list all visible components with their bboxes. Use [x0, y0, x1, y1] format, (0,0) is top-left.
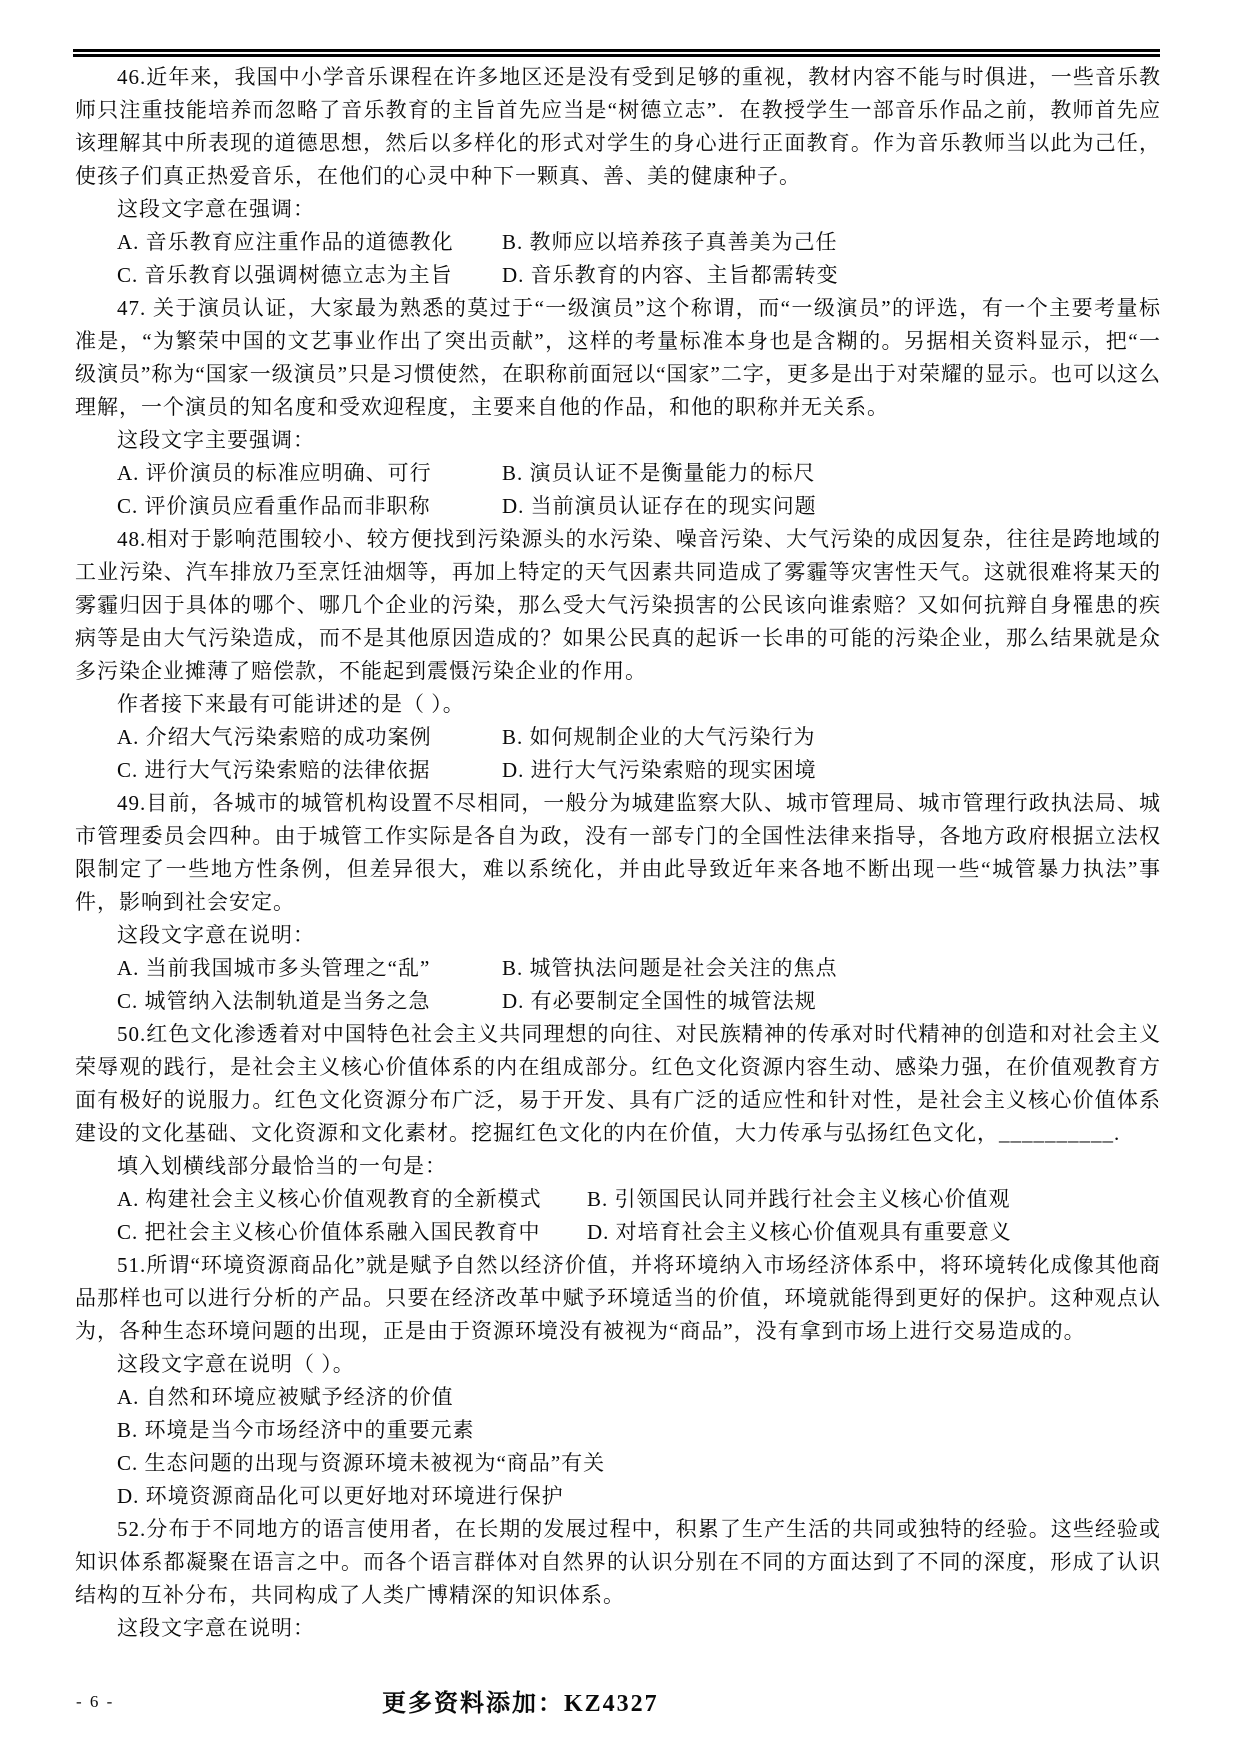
question-50-stem: 50.红色文化渗透着对中国特色社会主义共同理想的向往、对民族精神的传承对时代精神…	[75, 1018, 1161, 1150]
question-49-options-row-1: A. 当前我国城市多头管理之“乱” B. 城管执法问题是社会关注的焦点	[75, 952, 1161, 985]
question-51-options-row-2: B. 环境是当今市场经济中的重要元素	[75, 1414, 1161, 1447]
question-51-option-c: C. 生态问题的出现与资源环境未被视为“商品”有关	[117, 1447, 605, 1480]
question-51-stem: 51.所谓“环境资源商品化”就是赋予自然以经济价值，并将环境纳入市场经济体系中，…	[75, 1249, 1161, 1348]
question-50-option-a: A. 构建社会主义核心价值观教育的全新模式	[117, 1183, 587, 1216]
question-47-stem: 47. 关于演员认证，大家最为熟悉的莫过于“一级演员”这个称谓，而“一级演员”的…	[75, 292, 1161, 424]
question-48-prompt: 作者接下来最有可能讲述的是（ ）。	[75, 688, 1161, 721]
question-50: 50.红色文化渗透着对中国特色社会主义共同理想的向往、对民族精神的传承对时代精神…	[75, 1018, 1161, 1249]
question-51-option-a: A. 自然和环境应被赋予经济的价值	[117, 1381, 454, 1414]
page-body: 46.近年来，我国中小学音乐课程在许多地区还是没有受到足够的重视，教材内容不能与…	[75, 61, 1161, 1645]
question-50-option-d: D. 对培育社会主义核心价值观具有重要意义	[587, 1216, 1012, 1249]
question-49-stem: 49.目前，各城市的城管机构设置不尽相同，一般分为城建监察大队、城市管理局、城市…	[75, 787, 1161, 919]
question-48-option-b: B. 如何规制企业的大气污染行为	[502, 721, 816, 754]
footer-note: 更多资料添加：KZ4327	[382, 1683, 659, 1718]
question-46: 46.近年来，我国中小学音乐课程在许多地区还是没有受到足够的重视，教材内容不能与…	[75, 61, 1161, 292]
question-50-option-b: B. 引领国民认同并践行社会主义核心价值观	[587, 1183, 1011, 1216]
page-number: - 6 -	[76, 1692, 114, 1712]
question-48-stem: 48.相对于影响范围较小、较方便找到污染源头的水污染、噪音污染、大气污染的成因复…	[75, 523, 1161, 688]
question-49-option-a: A. 当前我国城市多头管理之“乱”	[117, 952, 502, 985]
question-46-option-c: C. 音乐教育以强调树德立志为主旨	[117, 259, 502, 292]
question-46-prompt: 这段文字意在强调：	[75, 193, 1161, 226]
question-46-option-a: A. 音乐教育应注重作品的道德教化	[117, 226, 502, 259]
question-51-options-row-1: A. 自然和环境应被赋予经济的价值	[75, 1381, 1161, 1414]
question-52-prompt: 这段文字意在说明：	[75, 1612, 1161, 1645]
question-52: 52.分布于不同地方的语言使用者，在长期的发展过程中，积累了生产生活的共同或独特…	[75, 1513, 1161, 1645]
question-49: 49.目前，各城市的城管机构设置不尽相同，一般分为城建监察大队、城市管理局、城市…	[75, 787, 1161, 1018]
question-51-prompt: 这段文字意在说明（ ）。	[75, 1348, 1161, 1381]
question-49-options-row-2: C. 城管纳入法制轨道是当务之急 D. 有必要制定全国性的城管法规	[75, 985, 1161, 1018]
question-51-options-row-3: C. 生态问题的出现与资源环境未被视为“商品”有关	[75, 1447, 1161, 1480]
question-46-options-row-2: C. 音乐教育以强调树德立志为主旨 D. 音乐教育的内容、主旨都需转变	[75, 259, 1161, 292]
question-49-option-b: B. 城管执法问题是社会关注的焦点	[502, 952, 838, 985]
question-47-option-b: B. 演员认证不是衡量能力的标尺	[502, 457, 816, 490]
question-47-option-d: D. 当前演员认证存在的现实问题	[502, 490, 817, 523]
question-50-options-row-2: C. 把社会主义核心价值体系融入国民教育中 D. 对培育社会主义核心价值观具有重…	[75, 1216, 1161, 1249]
question-47-options-row-2: C. 评价演员应看重作品而非职称 D. 当前演员认证存在的现实问题	[75, 490, 1161, 523]
header-double-rule	[73, 49, 1160, 57]
question-47-option-a: A. 评价演员的标准应明确、可行	[117, 457, 502, 490]
question-50-options-row-1: A. 构建社会主义核心价值观教育的全新模式 B. 引领国民认同并践行社会主义核心…	[75, 1183, 1161, 1216]
question-49-option-c: C. 城管纳入法制轨道是当务之急	[117, 985, 502, 1018]
exam-page: 46.近年来，我国中小学音乐课程在许多地区还是没有受到足够的重视，教材内容不能与…	[0, 0, 1240, 1754]
question-47: 47. 关于演员认证，大家最为熟悉的莫过于“一级演员”这个称谓，而“一级演员”的…	[75, 292, 1161, 523]
question-48-options-row-2: C. 进行大气污染索赔的法律依据 D. 进行大气污染索赔的现实困境	[75, 754, 1161, 787]
question-49-prompt: 这段文字意在说明：	[75, 919, 1161, 952]
question-48-option-c: C. 进行大气污染索赔的法律依据	[117, 754, 502, 787]
question-46-stem: 46.近年来，我国中小学音乐课程在许多地区还是没有受到足够的重视，教材内容不能与…	[75, 61, 1161, 193]
question-46-option-d: D. 音乐教育的内容、主旨都需转变	[502, 259, 839, 292]
question-52-stem: 52.分布于不同地方的语言使用者，在长期的发展过程中，积累了生产生活的共同或独特…	[75, 1513, 1161, 1612]
question-47-options-row-1: A. 评价演员的标准应明确、可行 B. 演员认证不是衡量能力的标尺	[75, 457, 1161, 490]
question-51-option-b: B. 环境是当今市场经济中的重要元素	[117, 1414, 475, 1447]
question-48-option-d: D. 进行大气污染索赔的现实困境	[502, 754, 817, 787]
question-49-option-d: D. 有必要制定全国性的城管法规	[502, 985, 817, 1018]
question-46-options-row-1: A. 音乐教育应注重作品的道德教化 B. 教师应以培养孩子真善美为己任	[75, 226, 1161, 259]
question-51-option-d: D. 环境资源商品化可以更好地对环境进行保护	[117, 1480, 564, 1513]
question-48-options-row-1: A. 介绍大气污染索赔的成功案例 B. 如何规制企业的大气污染行为	[75, 721, 1161, 754]
question-48-option-a: A. 介绍大气污染索赔的成功案例	[117, 721, 502, 754]
question-48: 48.相对于影响范围较小、较方便找到污染源头的水污染、噪音污染、大气污染的成因复…	[75, 523, 1161, 787]
question-47-prompt: 这段文字主要强调：	[75, 424, 1161, 457]
question-46-option-b: B. 教师应以培养孩子真善美为己任	[502, 226, 838, 259]
question-51-options-row-4: D. 环境资源商品化可以更好地对环境进行保护	[75, 1480, 1161, 1513]
question-51: 51.所谓“环境资源商品化”就是赋予自然以经济价值，并将环境纳入市场经济体系中，…	[75, 1249, 1161, 1513]
question-47-option-c: C. 评价演员应看重作品而非职称	[117, 490, 502, 523]
question-50-option-c: C. 把社会主义核心价值体系融入国民教育中	[117, 1216, 587, 1249]
question-50-prompt: 填入划横线部分最恰当的一句是：	[75, 1150, 1161, 1183]
